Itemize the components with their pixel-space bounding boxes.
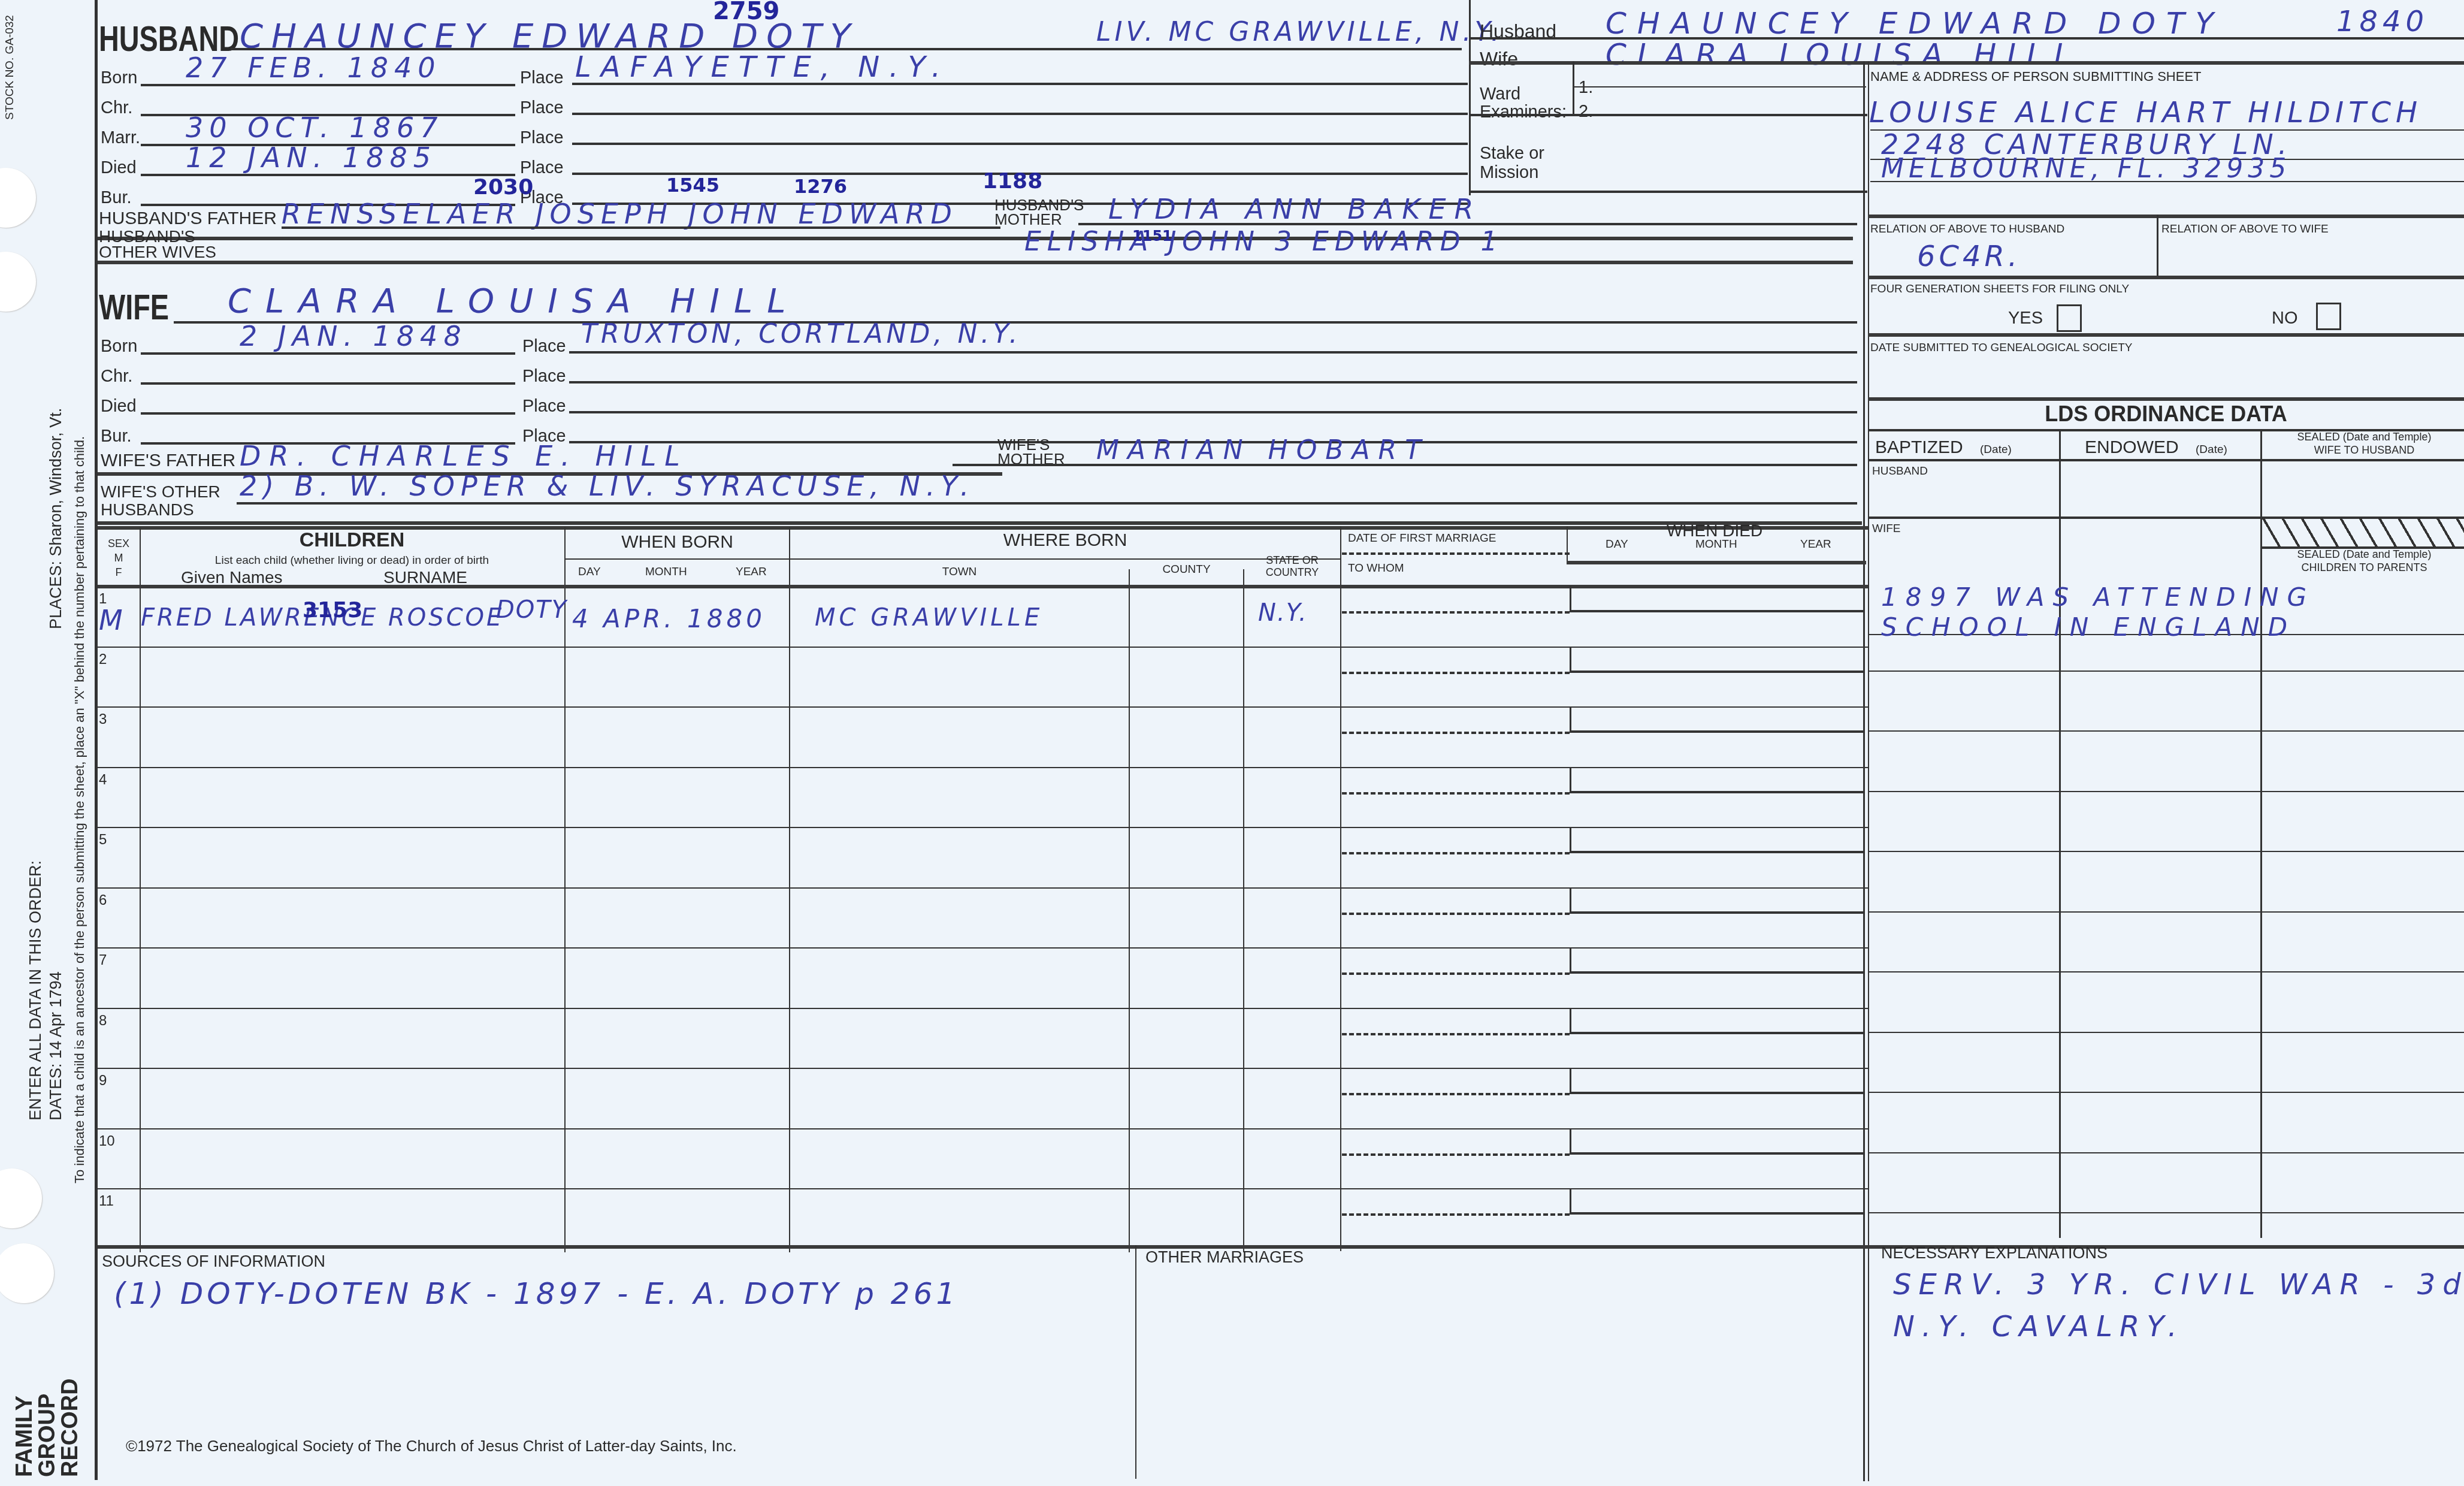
sources-label: SOURCES OF INFORMATION <box>102 1252 325 1271</box>
died-month-header: MONTH <box>1695 538 1737 551</box>
when-born-header: WHEN BORN <box>566 532 789 552</box>
wife-event-label: Born <box>101 337 137 357</box>
explanations-label: NECESSARY EXPLANATIONS <box>1881 1244 2108 1263</box>
died-day-header: DAY <box>1606 538 1628 551</box>
husband-place-label: Place <box>520 68 564 88</box>
husband-event-label: Born <box>101 68 137 88</box>
row-divider <box>1868 1212 2464 1213</box>
died-bracket <box>1570 706 1571 732</box>
stake-mission-label: Stake or Mission <box>1480 144 1544 182</box>
divider <box>1469 114 1867 116</box>
sealed-wife-header: SEALED (Date and Temple) WIFE TO HUSBAND <box>2265 430 2464 457</box>
row-divider <box>98 1068 1868 1069</box>
husband-place-label: Place <box>520 128 564 148</box>
dashed-line <box>1342 1153 1570 1156</box>
endowed-header: ENDOWED (Date) <box>2085 437 2227 458</box>
child-row-number: 10 <box>99 1133 115 1150</box>
dashed-line <box>1342 552 1570 555</box>
died-bracket <box>1570 887 1571 913</box>
dashed-line <box>1342 852 1570 854</box>
explanations-line-2[interactable]: N.Y. CAVALRY. <box>1893 1310 2184 1343</box>
col-divider <box>789 527 790 1252</box>
label-line: Mission <box>1480 163 1544 182</box>
yes-label: YES <box>2008 309 2043 328</box>
submitter-divider <box>1868 61 1869 1481</box>
underline <box>1870 181 2464 182</box>
died-bracket <box>1570 827 1571 852</box>
label-line: SEALED (Date and Temple) <box>2265 430 2464 443</box>
bur-annotation: 2030 <box>473 175 533 200</box>
date-submitted-label: DATE SUBMITTED TO GENEALOGICAL SOCIETY <box>1870 342 2132 355</box>
child-row-number: 7 <box>99 952 107 969</box>
child-birth-state[interactable]: N.Y. <box>1258 599 1308 627</box>
husband-event-place[interactable]: LAFAYETTE, N.Y. <box>575 50 950 84</box>
divider <box>1469 191 1867 193</box>
relation-wife-label: RELATION OF ABOVE TO WIFE <box>2161 223 2329 236</box>
child-1-note[interactable]: 1897 WAS ATTENDING SCHOOL IN ENGLAND <box>1881 582 2456 642</box>
summary-wife-label: Wife <box>1480 48 1518 70</box>
label-line: Ward <box>1480 85 1567 103</box>
label-line: WIFE TO HUSBAND <box>2265 443 2464 457</box>
underline <box>141 84 515 86</box>
wife-place-label: Place <box>522 397 566 416</box>
no-checkbox[interactable] <box>2316 303 2341 330</box>
died-bracket <box>1570 1128 1571 1153</box>
label-line: HUSBANDS <box>101 501 220 519</box>
divider <box>98 237 1853 240</box>
husband-father-label: HUSBAND'S FATHER <box>99 209 277 229</box>
ward-divider <box>1573 61 1574 115</box>
relation-husband-field[interactable]: 6C4R. <box>1917 240 2021 273</box>
underline <box>569 381 1857 383</box>
wife-event-label: Chr. <box>101 367 132 386</box>
col-divider <box>1243 569 1244 1252</box>
punch-hole <box>0 1243 54 1303</box>
town-header: TOWN <box>790 566 1129 579</box>
summary-wife-field[interactable]: CLARA LOUISA HILL <box>1606 37 2082 72</box>
underline <box>953 464 1857 466</box>
relation-divider <box>2157 215 2158 277</box>
four-gen-label: FOUR GENERATION SHEETS FOR FILING ONLY <box>1870 283 2129 296</box>
died-underline <box>1570 1092 1863 1094</box>
husband-event-label: Died <box>101 158 137 178</box>
col-divider <box>1135 1245 1136 1479</box>
wife-event-label: Died <box>101 397 137 416</box>
label-line: Examiners: <box>1480 103 1567 121</box>
husband-event-label: Marr. <box>101 128 140 148</box>
row-divider <box>1868 1092 2464 1093</box>
underline <box>1078 223 1857 225</box>
died-bracket <box>1570 767 1571 792</box>
state-header: STATE OR COUNTRY <box>1244 554 1340 578</box>
husband-other-wives-label: HUSBAND'S OTHER WIVES <box>99 229 216 260</box>
ward-examiner-1[interactable]: 1. <box>1579 78 1593 98</box>
child-sex[interactable]: M <box>99 604 123 636</box>
father-annotation: 1276 <box>794 175 847 198</box>
other-marriages-label: OTHER MARRIAGES <box>1145 1248 1304 1267</box>
husband-event-date[interactable]: 12 JAN. 1885 <box>186 141 437 174</box>
wife-place-label: Place <box>522 367 566 386</box>
row-divider <box>1868 911 2464 913</box>
child-id-number: 3153 <box>303 598 362 623</box>
child-row-number: 4 <box>99 772 107 789</box>
died-bracket <box>1570 647 1571 672</box>
endowed-label: ENDOWED <box>2085 437 2179 457</box>
divider <box>564 558 1340 560</box>
underline <box>141 352 515 355</box>
wife-event-place[interactable]: TRUXTON, CORTLAND, N.Y. <box>581 319 1021 349</box>
dashed-line <box>1342 1093 1570 1095</box>
form-title-line: FAMILY <box>13 1378 36 1477</box>
row-divider <box>98 1188 1868 1189</box>
label-line: MOTHER <box>994 212 1084 226</box>
col-divider <box>564 527 566 1252</box>
col-divider <box>1129 569 1130 1252</box>
row-divider <box>98 1008 1868 1009</box>
died-underline <box>1570 851 1863 853</box>
dashed-line <box>1342 1213 1570 1216</box>
summary-husband-year[interactable]: 1840 <box>2336 5 2429 38</box>
wife-heading: WIFE <box>99 286 169 328</box>
underline <box>141 174 515 176</box>
row-divider <box>98 647 1868 648</box>
child-row-number: 6 <box>99 892 107 909</box>
label-line: WIFE'S OTHER <box>101 483 220 501</box>
form-left-border <box>95 0 98 1480</box>
died-bracket <box>1570 1188 1571 1213</box>
divider <box>1868 397 2464 401</box>
submitter-line-3[interactable]: MELBOURNE, FL. 32935 <box>1881 153 2291 184</box>
child-row-number: 2 <box>99 651 107 668</box>
husband-place-label: Place <box>520 98 564 118</box>
row-divider <box>1868 791 2464 792</box>
other-wives-annotation: 1151 <box>1132 228 1172 244</box>
child-1-surname[interactable]: DOTY <box>496 596 567 624</box>
divider <box>1469 61 2464 65</box>
underline <box>569 351 1857 354</box>
died-underline <box>1570 1032 1863 1034</box>
died-bracket <box>1570 947 1571 972</box>
col-divider <box>1340 526 1341 1251</box>
child-row-number: 5 <box>99 832 107 848</box>
summary-husband-field[interactable]: CHAUNCEY EDWARD DOTY <box>1606 6 2224 41</box>
divider <box>1868 276 2464 279</box>
underline <box>141 412 515 415</box>
underline <box>282 226 1000 229</box>
ward-examiner-2[interactable]: 2. <box>1579 102 1593 122</box>
divider <box>98 585 1868 588</box>
divider <box>1868 333 2464 337</box>
county-header: COUNTY <box>1130 563 1243 576</box>
dashed-line <box>1342 1033 1570 1035</box>
divider <box>1573 86 1866 87</box>
wife-father-label: WIFE'S FATHER <box>101 451 235 471</box>
year-header: YEAR <box>736 566 767 579</box>
died-bracket <box>1570 1008 1571 1033</box>
summary-divider <box>1469 0 1471 195</box>
form-title: FAMILY GROUP RECORD <box>13 1378 81 1477</box>
husband-event-label: Chr. <box>101 98 132 118</box>
row-divider <box>98 827 1868 828</box>
dates-example: DATES: 14 Apr 1794 <box>47 971 65 1120</box>
died-year-header: YEAR <box>1800 538 1831 551</box>
row-divider <box>1868 1152 2464 1153</box>
dashed-line <box>1342 732 1570 734</box>
husband-mother-label: HUSBAND'S MOTHER <box>994 198 1084 226</box>
underline <box>237 502 1857 505</box>
no-label: NO <box>2272 309 2298 328</box>
children-subheader: List each child (whether living or dead)… <box>141 554 563 567</box>
child-row-number: 9 <box>99 1073 107 1089</box>
underline <box>572 83 1468 85</box>
first-marriage-header: DATE OF FIRST MARRIAGE <box>1348 532 1496 545</box>
sources-field[interactable]: (1) DOTY-DOTEN BK - 1897 - E. A. DOTY p … <box>114 1276 959 1311</box>
month-header: MONTH <box>645 566 687 579</box>
copyright: ©1972 The Genealogical Society of The Ch… <box>126 1437 737 1455</box>
died-underline <box>1570 1212 1863 1215</box>
wife-mother-label: WIFE'S MOTHER <box>997 437 1065 466</box>
died-underline <box>1570 971 1863 974</box>
yes-checkbox[interactable] <box>2057 304 2082 332</box>
child-birth-town[interactable]: MC GRAWVILLE <box>815 604 1043 632</box>
row-divider <box>98 947 1868 949</box>
row-divider <box>1868 851 2464 852</box>
row-divider <box>1868 971 2464 972</box>
punch-hole <box>0 1168 42 1228</box>
dashed-line <box>1342 672 1570 674</box>
row-divider <box>1868 1032 2464 1033</box>
wife-place-label: Place <box>522 337 566 357</box>
husband-other-wives-field[interactable]: ELISHA JOHN 3 EDWARD 1 <box>1024 226 1504 257</box>
wife-event-date[interactable]: 2 JAN. 1848 <box>240 320 467 352</box>
wife-father-field[interactable]: DR. CHARLES E. HILL <box>240 440 688 472</box>
children-header: CHILDREN <box>141 528 563 552</box>
dashed-line <box>1342 792 1570 795</box>
died-underline <box>1570 670 1863 673</box>
dashed-line <box>1342 611 1570 614</box>
dashed-line <box>1342 913 1570 915</box>
wife-other-husbands-field[interactable]: 2) B. W. SOPER & LIV. SYRACUSE, N.Y. <box>240 470 975 502</box>
wife-name-field[interactable]: CLARA LOUISA HILL <box>228 282 800 321</box>
died-bracket <box>1570 586 1571 611</box>
date-note: (Date) <box>2196 443 2227 456</box>
dashed-line <box>1342 972 1570 975</box>
day-header: DAY <box>578 566 601 579</box>
form-title-line: RECORD <box>59 1378 81 1477</box>
hatched-area <box>2262 518 2464 546</box>
divider <box>1567 561 1866 564</box>
label-line: SEX <box>98 536 140 551</box>
child-row-number: 11 <box>99 1193 114 1210</box>
submitter-divider <box>1863 61 1865 1481</box>
divider <box>98 261 1853 264</box>
col-divider <box>140 527 141 1252</box>
child-birth-date[interactable]: 4 APR. 1880 <box>572 604 766 633</box>
lds-wife-row: WIFE <box>1872 522 1901 536</box>
underline <box>572 113 1468 115</box>
husband-father-field[interactable]: RENSSELAER JOSEPH JOHN EDWARD <box>282 198 958 230</box>
row-divider <box>1868 730 2464 732</box>
where-born-header: WHERE BORN <box>790 530 1340 551</box>
sealed-children-header: SEALED (Date and Temple) CHILDREN TO PAR… <box>2265 548 2464 574</box>
underline <box>141 382 515 385</box>
submitter-label: NAME & ADDRESS OF PERSON SUBMITTING SHEE… <box>1870 69 2202 84</box>
label-line: STATE OR <box>1244 554 1340 566</box>
baptized-label: BAPTIZED <box>1875 437 1963 457</box>
divider <box>1868 459 2464 461</box>
submitter-line-1[interactable]: LOUISE ALICE HART HILDITCH <box>1869 96 2422 129</box>
row-divider <box>98 767 1868 768</box>
form-title-line: GROUP <box>36 1378 59 1477</box>
lds-col-divider <box>2059 429 2061 1238</box>
label-line: M <box>98 551 140 565</box>
wife-event-label: Bur. <box>101 427 132 446</box>
divider <box>1868 215 2464 218</box>
husband-event-date[interactable]: 27 FEB. 1840 <box>186 52 442 84</box>
father-annotation: 1188 <box>982 169 1042 194</box>
lds-husband-row: HUSBAND <box>1872 465 1928 478</box>
underline <box>572 143 1468 145</box>
died-underline <box>1570 730 1863 733</box>
died-underline <box>1570 610 1863 612</box>
punch-hole <box>0 168 36 228</box>
child-row-number: 3 <box>99 711 107 728</box>
label-line: F <box>98 565 140 579</box>
explanations-line-1[interactable]: SERV. 3 YR. CIVIL WAR - 3d <box>1893 1268 2464 1301</box>
wife-other-husbands-label: WIFE'S OTHER HUSBANDS <box>101 483 220 519</box>
label-line: OTHER WIVES <box>99 244 216 260</box>
punch-hole <box>0 252 36 312</box>
date-note: (Date) <box>1980 443 2012 456</box>
sex-header: SEX M F <box>98 536 140 579</box>
lds-col-divider <box>2260 429 2262 1238</box>
places-example: PLACES: Sharon, Windsor, Vt. <box>47 408 65 629</box>
label-line: CHILDREN TO PARENTS <box>2265 561 2464 574</box>
row-divider <box>98 887 1868 889</box>
wife-mother-field[interactable]: MARIAN HOBART <box>1096 435 1429 466</box>
husband-event-label: Bur. <box>101 188 132 208</box>
enter-order-note: ENTER ALL DATA IN THIS ORDER: <box>26 860 45 1120</box>
died-underline <box>1570 791 1863 793</box>
to-whom-header: TO WHOM <box>1348 562 1404 575</box>
relation-husband-label: RELATION OF ABOVE TO HUSBAND <box>1870 223 2064 236</box>
husband-residence-note[interactable]: LIV. MC GRAWVILLE, N.Y. <box>1096 17 1503 47</box>
label-line: Stake or <box>1480 144 1544 163</box>
ancestor-note: To indicate that a child is an ancestor … <box>72 436 87 1183</box>
husband-event-date[interactable]: 30 OCT. 1867 <box>186 111 443 144</box>
row-divider <box>98 1128 1868 1129</box>
baptized-header: BAPTIZED (Date) <box>1875 437 2012 458</box>
underline <box>569 411 1857 413</box>
label-line: SEALED (Date and Temple) <box>2265 548 2464 561</box>
row-divider <box>1868 670 2464 672</box>
died-bracket <box>1570 1068 1571 1093</box>
row-divider <box>98 706 1868 708</box>
lds-title: LDS ORDINANCE DATA <box>1868 401 2464 427</box>
died-underline <box>1570 1152 1863 1155</box>
husband-mother-field[interactable]: LYDIA ANN BAKER <box>1108 193 1482 225</box>
died-underline <box>1570 911 1863 914</box>
stock-number: STOCK NO. GA-032 <box>4 15 17 120</box>
label-line: COUNTRY <box>1244 566 1340 578</box>
father-annotation: 1545 <box>666 174 719 197</box>
child-row-number: 8 <box>99 1013 107 1029</box>
